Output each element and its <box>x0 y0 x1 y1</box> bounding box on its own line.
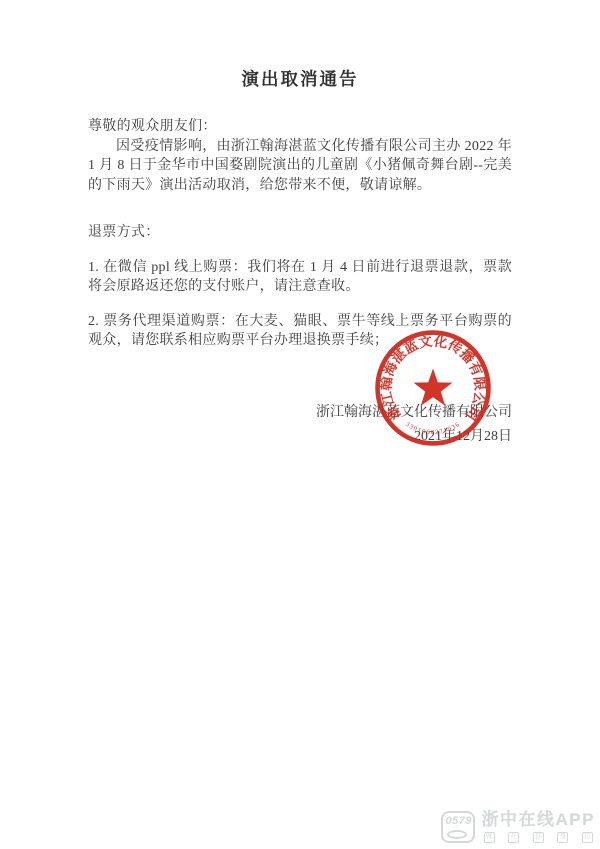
swirl-icon <box>447 830 467 839</box>
document-body: 尊敬的观众朋友们： 因受疫情影响，由浙江翰海湛蓝文化传播有限公司主办 2022 … <box>0 117 600 351</box>
watermark-text: 浙中在线APP 就 在 你 身 边 <box>482 811 595 843</box>
slogan-char: 就 <box>484 832 495 843</box>
intro-paragraph: 因受疫情影响，由浙江翰海湛蓝文化传播有限公司主办 2022 年 1 月 8 日于… <box>88 137 512 196</box>
slogan-char: 在 <box>508 832 519 843</box>
app-logo-icon: 0579 <box>441 811 475 843</box>
app-watermark: 0579 浙中在线APP 就 在 你 身 边 <box>441 811 595 843</box>
seal-star-icon <box>413 368 452 405</box>
slogan-char: 你 <box>533 832 544 843</box>
slogan-char: 身 <box>557 832 568 843</box>
app-slogan: 就 在 你 身 边 <box>482 832 595 843</box>
refund-item-agency: 2. 票务代理渠道购票：在大麦、猫眼、票牛等线上票务平台购票的观众，请您联系相应… <box>88 312 512 351</box>
salutation: 尊敬的观众朋友们： <box>88 117 512 137</box>
signature-date: 2021年12月28日 <box>88 427 512 446</box>
slogan-char: 边 <box>582 832 593 843</box>
area-code-label: 0579 <box>446 815 472 827</box>
signature-company: 浙江翰海湛蓝文化传播有限公司 <box>88 403 512 422</box>
page-title: 演出取消通告 <box>0 0 600 91</box>
refund-item-wechat: 1. 在微信 ppl 线上购票：我们将在 1 月 4 日前进行退票退款，票款将会… <box>88 258 512 297</box>
refund-heading: 退票方式： <box>88 223 512 243</box>
app-name: 浙中在线APP <box>482 811 595 829</box>
document-page: 演出取消通告 尊敬的观众朋友们： 因受疫情影响，由浙江翰海湛蓝文化传播有限公司主… <box>0 0 600 849</box>
signature-block: 浙江翰海湛蓝文化传播有限公司 2021年12月28日 <box>0 403 600 446</box>
